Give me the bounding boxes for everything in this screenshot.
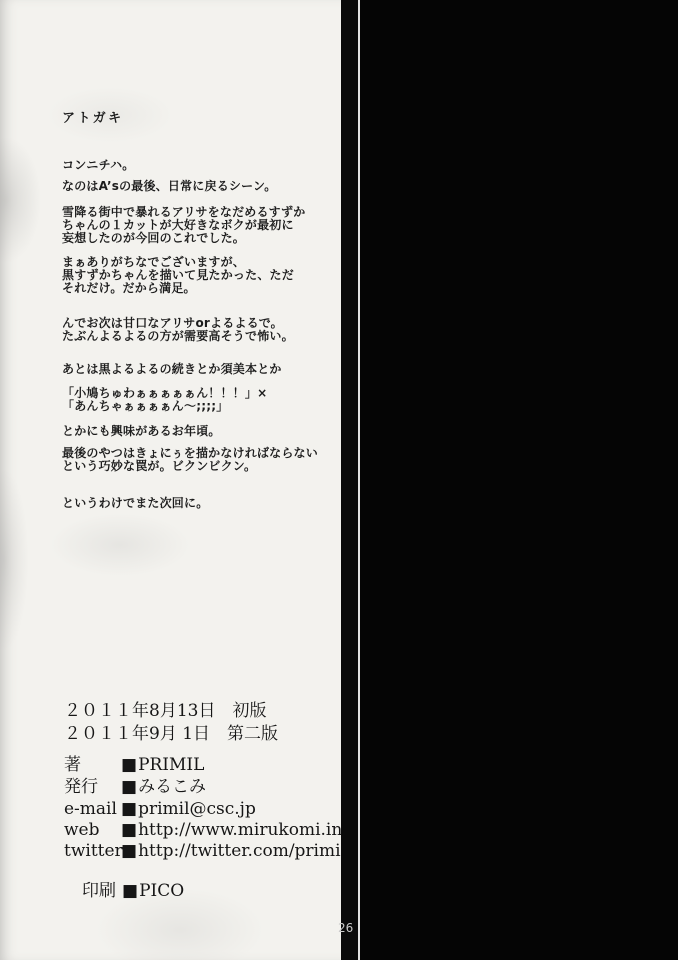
credit-label: web — [64, 821, 121, 840]
credit-row-email: e-mail■primil@csc.jp — [64, 800, 256, 819]
afterword-line: それだけ。だから満足。 — [62, 282, 294, 295]
afterword-paragraph: 「小鳩ちゅわぁぁぁぁぁん！！！」× 「あんちゃぁぁぁぁん～;;;;」 — [62, 387, 267, 413]
credit-row-author: 著■PRIMIL — [64, 756, 204, 775]
credit-row-printer: 印刷■PICO — [82, 882, 184, 901]
afterword-line: コンニチハ。 — [62, 159, 134, 172]
page-number: 26 — [338, 921, 353, 935]
black-square-icon: ■ — [122, 881, 138, 901]
black-square-icon: ■ — [121, 820, 137, 840]
credit-row-publisher: 発行■みるこみ — [64, 778, 206, 797]
edition-second-printing: ２０１１年9月 1日 第二版 — [64, 725, 278, 744]
afterword-paragraph: まぁありがちなでございますが、 黒すずかちゃんを描いて見たかった、ただ それだけ… — [62, 256, 294, 295]
credit-value: みるこみ — [138, 777, 206, 797]
afterword-line: なのはA’sの最後、日常に戻るシーン。 — [62, 180, 277, 193]
black-square-icon: ■ — [121, 799, 137, 819]
afterword-line: という巧妙な罠が。ビクンビクン。 — [62, 460, 318, 473]
afterword-paragraph: というわけでまた次回に。 — [62, 497, 208, 510]
afterword-paragraph: なのはA’sの最後、日常に戻るシーン。 — [62, 180, 277, 193]
credit-value: PRIMIL — [138, 755, 204, 775]
credit-label: 印刷 — [82, 882, 122, 901]
black-square-icon: ■ — [121, 777, 137, 797]
black-square-icon: ■ — [121, 841, 137, 861]
edition-first-printing: ２０１１年8月13日 初版 — [64, 702, 266, 721]
credit-label: twitter — [64, 842, 121, 861]
right-page-black — [360, 0, 678, 960]
credit-label: 発行 — [64, 778, 121, 797]
credit-label: 著 — [64, 756, 121, 775]
credit-value: http://twitter.com/primil/ — [138, 841, 352, 861]
afterword-paragraph: 最後のやつはきょにぅを描かなければならない という巧妙な罠が。ビクンビクン。 — [62, 447, 318, 473]
afterword-paragraph: 雪降る街中で暴れるアリサをなだめるすずか ちゃんの１カットが大好きなボクが最初に… — [62, 206, 305, 245]
left-page: アトガキ コンニチハ。 なのはA’sの最後、日常に戻るシーン。 雪降る街中で暴れ… — [0, 0, 341, 960]
afterword-line: 妄想したのが今回のこれでした。 — [62, 232, 305, 245]
afterword-title: アトガキ — [62, 112, 124, 125]
credit-row-web: web■http://www.mirukomi.info/ — [64, 821, 365, 840]
credit-value: http://www.mirukomi.info/ — [138, 820, 365, 840]
credit-value: PICO — [139, 881, 184, 901]
afterword-line: とかにも興味があるお年頃。 — [62, 425, 221, 438]
black-square-icon: ■ — [121, 755, 137, 775]
credit-value: primil@csc.jp — [138, 799, 256, 819]
afterword-line: というわけでまた次回に。 — [62, 497, 208, 510]
page-gutter — [341, 0, 358, 960]
afterword-paragraph: コンニチハ。 — [62, 159, 134, 172]
afterword-paragraph: んでお次は甘口なアリサorよるよるで。 たぶんよるよるの方が需要高そうで怖い。 — [62, 317, 294, 343]
afterword-paragraph: あとは黒よるよるの続きとか須美本とか — [62, 363, 282, 376]
afterword-paragraph: とかにも興味があるお年頃。 — [62, 425, 221, 438]
afterword-line: 「あんちゃぁぁぁぁん～;;;;」 — [62, 400, 267, 413]
afterword-line: あとは黒よるよるの続きとか須美本とか — [62, 363, 282, 376]
credit-label: e-mail — [64, 800, 121, 819]
afterword-line: たぶんよるよるの方が需要高そうで怖い。 — [62, 330, 294, 343]
credit-row-twitter: twitter■http://twitter.com/primil/ — [64, 842, 352, 861]
